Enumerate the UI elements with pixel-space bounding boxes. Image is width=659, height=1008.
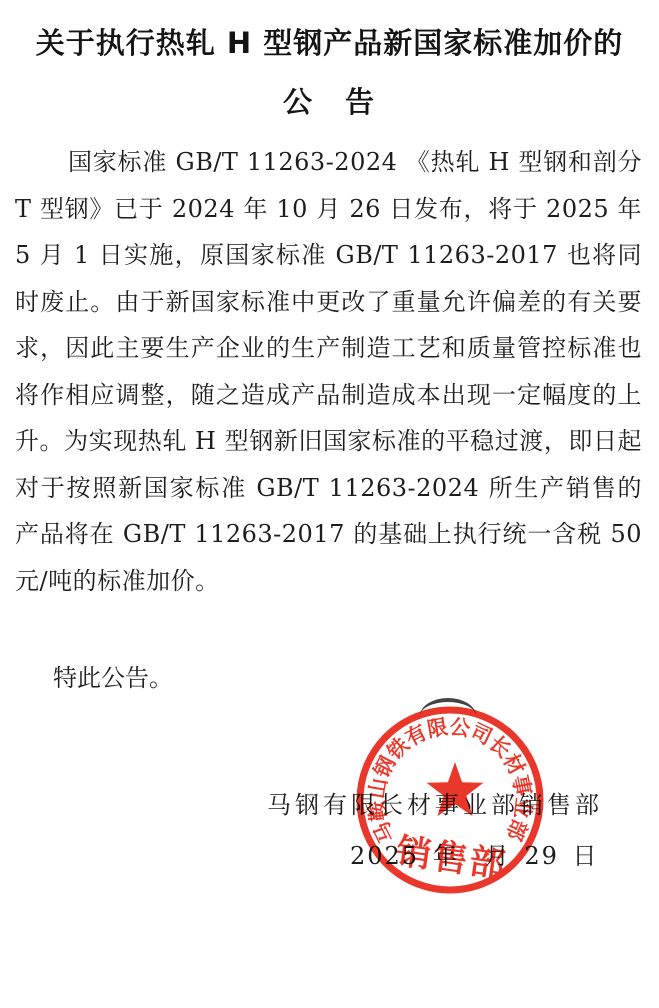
body-paragraph: 国家标准 GB/T 11263-2024 《热轧 H 型钢和剖分 T 型钢》已于… — [15, 139, 642, 604]
announcement-document: 关于执行热轧 H 型钢产品新国家标准加价的 公 告 国家标准 GB/T 1126… — [0, 0, 659, 1008]
document-title-line2: 公 告 — [0, 85, 659, 120]
official-seal-stamp: 马鞍山钢铁有限公司长材事业部 销售部 — [352, 702, 548, 902]
star-icon — [427, 762, 484, 816]
closing-line: 特此公告。 — [15, 655, 642, 702]
document-title-line1: 关于执行热轧 H 型钢产品新国家标准加价的 — [0, 0, 659, 61]
